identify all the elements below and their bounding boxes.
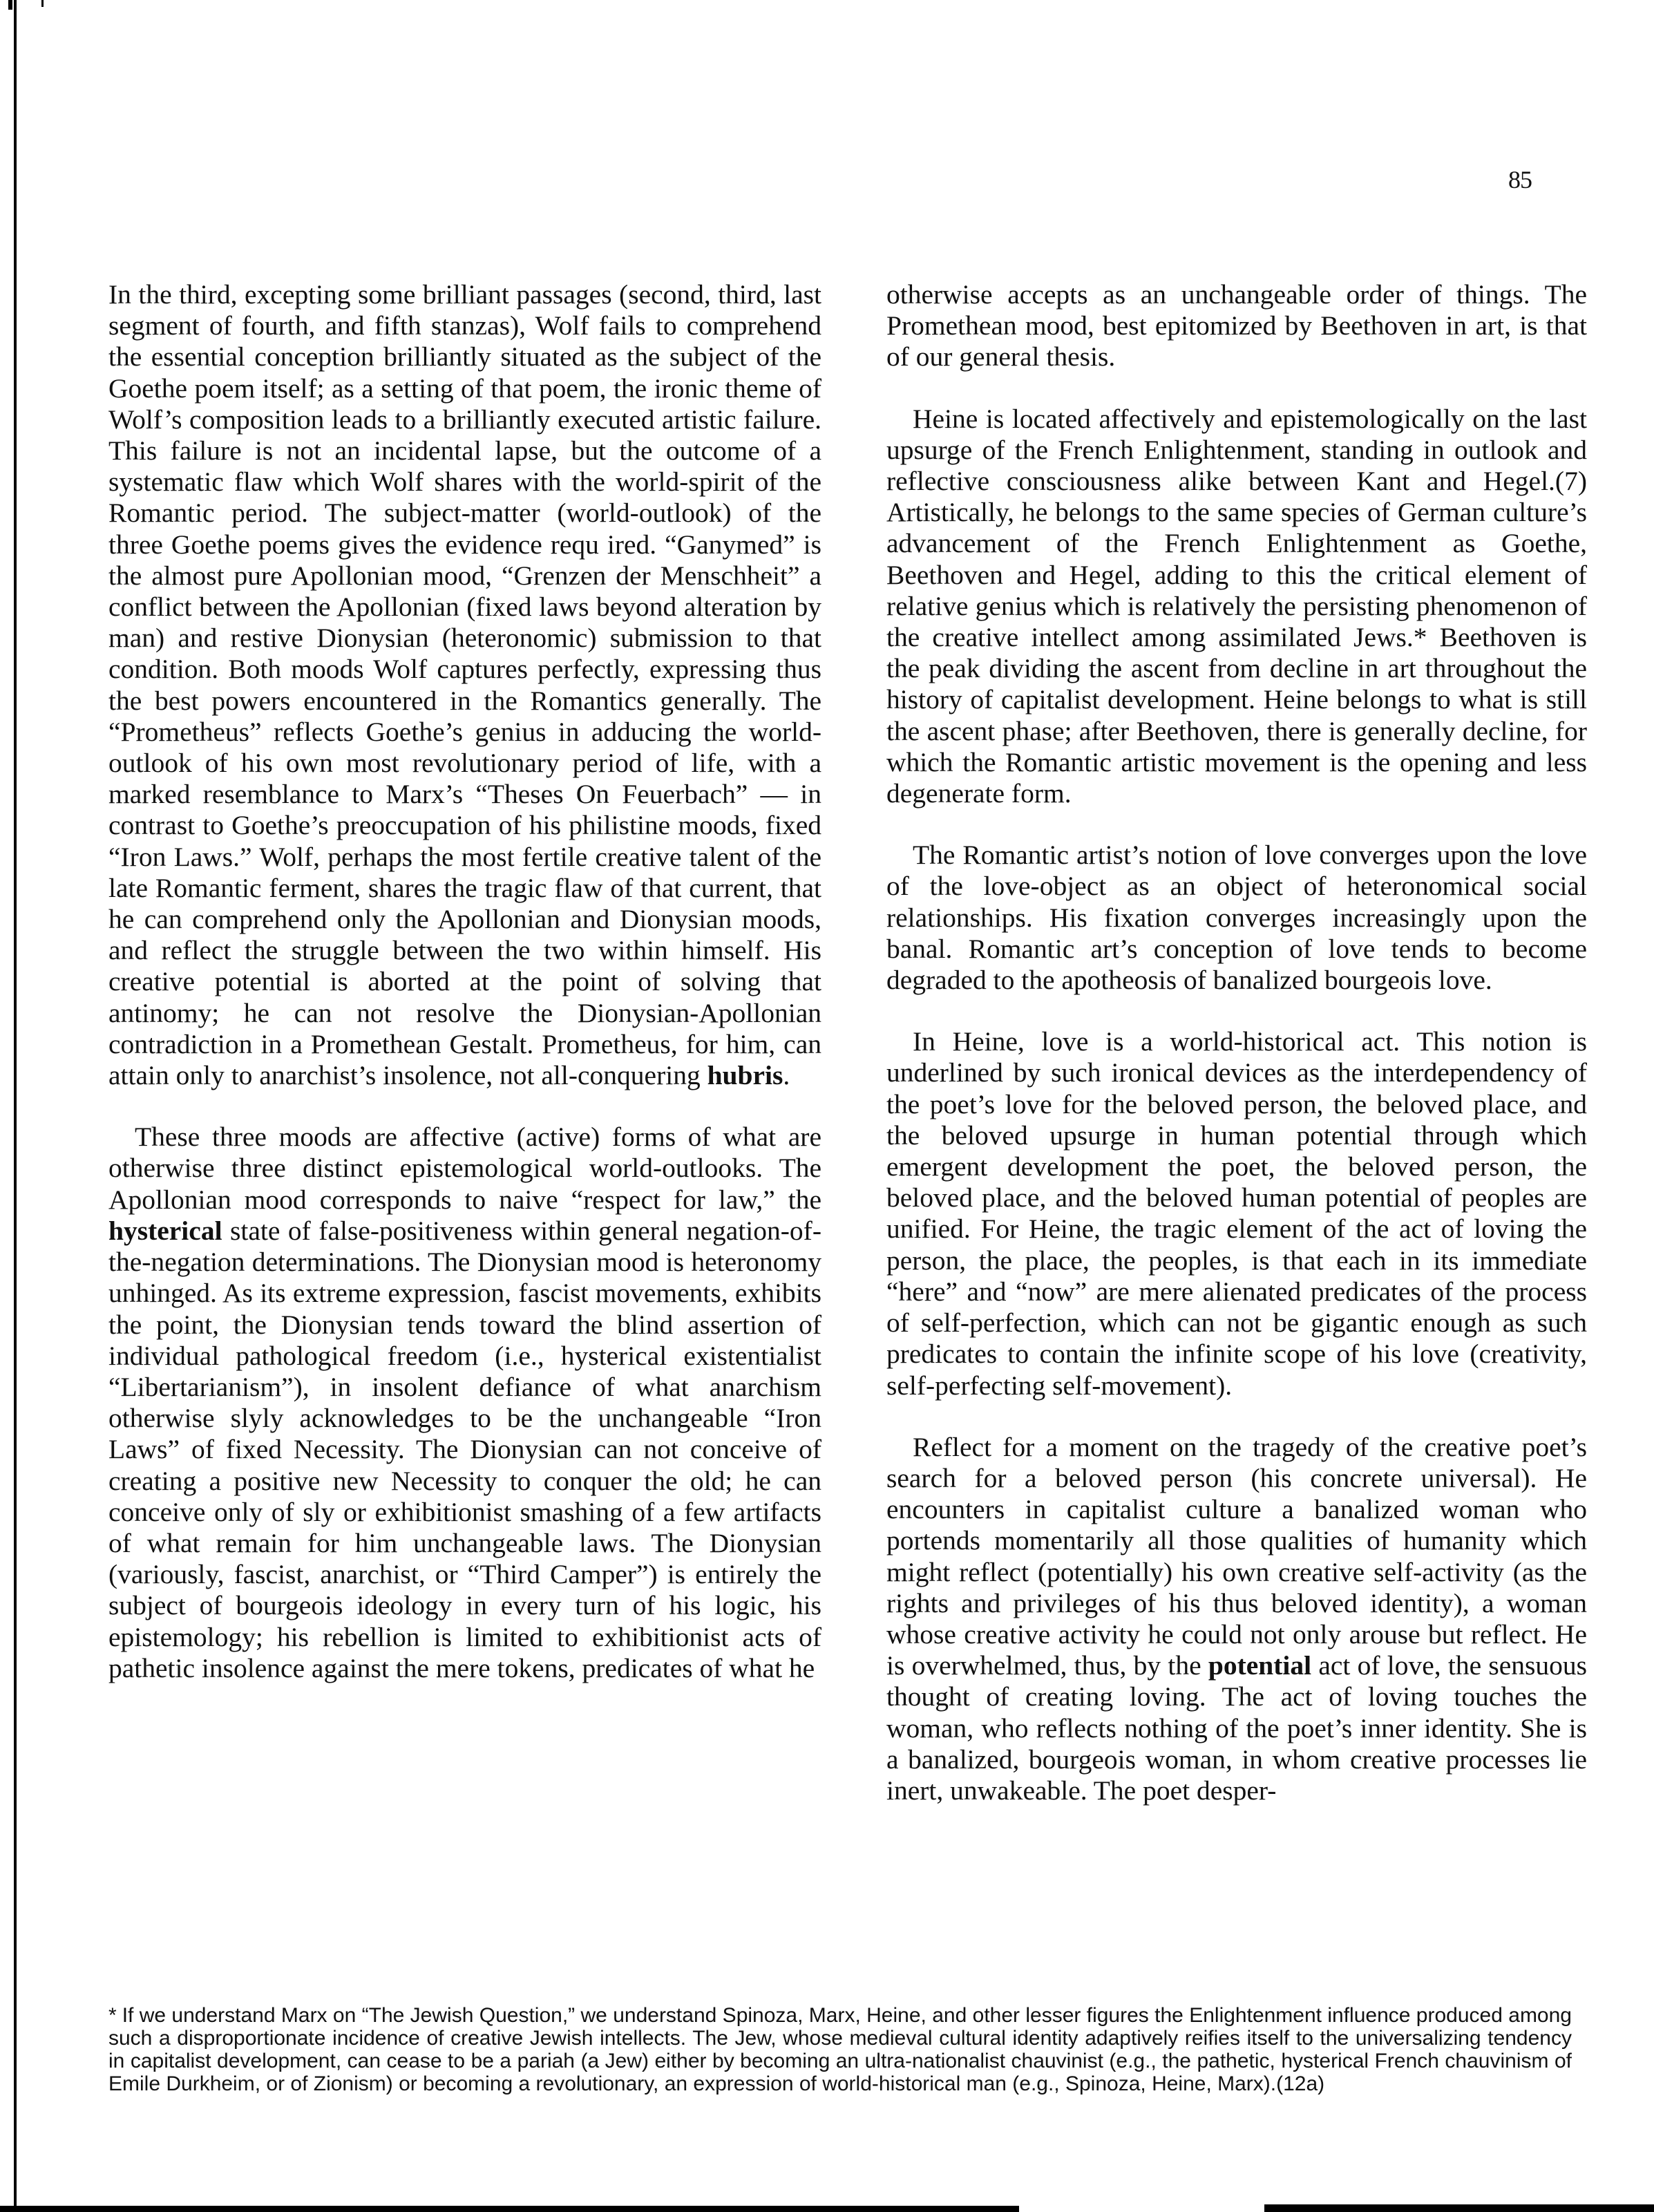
- footnote-text: If we understand Marx on “The Jewish Que…: [108, 2004, 1572, 2095]
- scan-edge-bottom-left: [0, 2206, 1019, 2212]
- paragraph: In Heine, love is a world-historical act…: [886, 1026, 1587, 1401]
- text-segment: Reflect for a moment on the tragedy of t…: [886, 1432, 1587, 1681]
- paragraph: otherwise accepts as an unchangeable ord…: [886, 279, 1587, 373]
- right-column: otherwise accepts as an unchangeable ord…: [886, 279, 1587, 1806]
- paragraph: Reflect for a moment on the tragedy of t…: [886, 1432, 1587, 1806]
- text-segment: .: [783, 1060, 790, 1090]
- text-segment: These three moods are affective (active)…: [108, 1122, 821, 1214]
- text-segment: The Romantic artist’s notion of love con…: [886, 840, 1587, 995]
- text-segment: otherwise accepts as an unchangeable ord…: [886, 279, 1587, 372]
- scan-edge-tick: [8, 0, 12, 10]
- emphasis-hysterical: hysterical: [108, 1216, 222, 1246]
- emphasis-hubris: hubris: [707, 1060, 783, 1090]
- footnote: *If we understand Marx on “The Jewish Qu…: [108, 2004, 1572, 2095]
- footnote-marker: *: [108, 2004, 117, 2027]
- scan-edge-bottom-right: [1264, 2204, 1654, 2212]
- left-column: In the third, excepting some brilliant p…: [108, 279, 821, 1684]
- paragraph: These three moods are affective (active)…: [108, 1122, 821, 1684]
- paragraph: The Romantic artist’s notion of love con…: [886, 840, 1587, 996]
- text-segment: In the third, excepting some brilliant p…: [108, 279, 821, 1090]
- scan-edge-mark: [41, 0, 44, 7]
- paragraph: In the third, excepting some brilliant p…: [108, 279, 821, 1091]
- text-segment: Heine is located affectively and epistem…: [886, 404, 1587, 809]
- emphasis-potential: potential: [1208, 1650, 1311, 1681]
- text-segment: state of false-positiveness within gener…: [108, 1216, 821, 1683]
- text-segment: In Heine, love is a world-historical act…: [886, 1026, 1587, 1400]
- page-number: 85: [1508, 166, 1532, 193]
- scan-edge-left: [14, 0, 17, 2206]
- paragraph: Heine is located affectively and epistem…: [886, 404, 1587, 810]
